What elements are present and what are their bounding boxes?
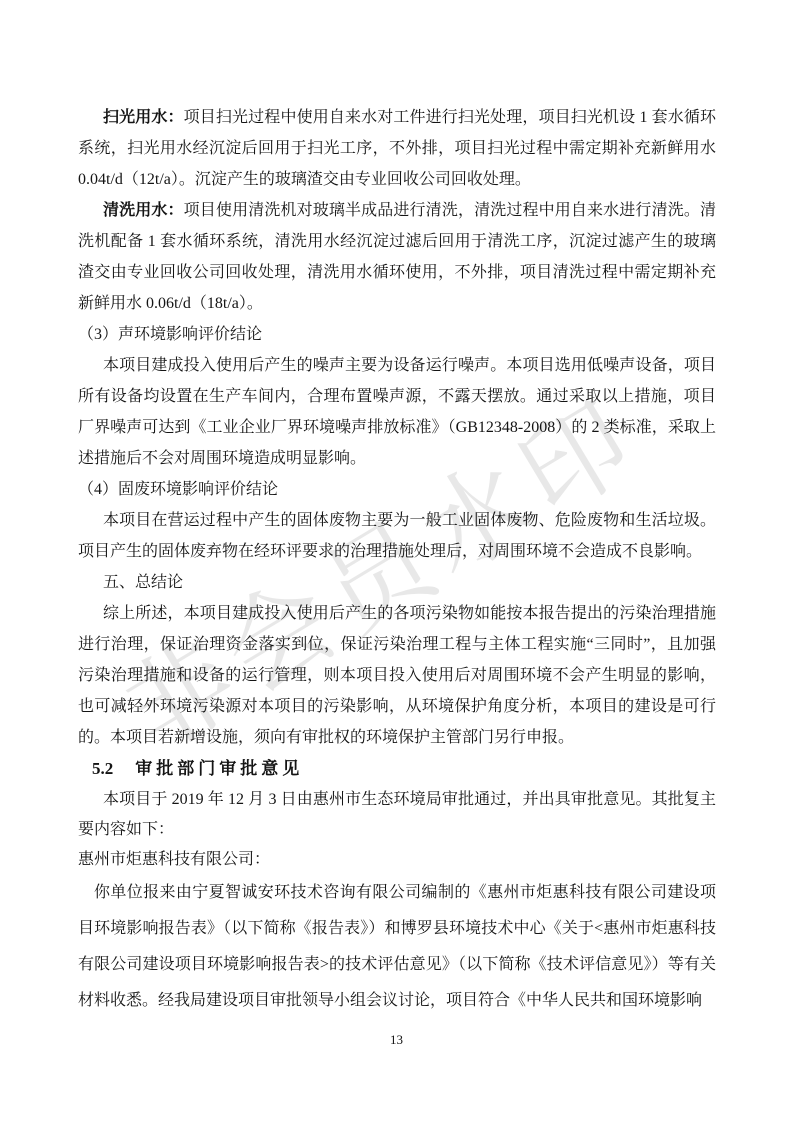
paragraph-noise: 本项目建成投入使用后产生的噪声主要为设备运行噪声。本项目选用低噪声设备，项目所有… <box>78 350 716 474</box>
document-body: 扫光用水：项目扫光过程中使用自来水对工件进行扫光处理，项目扫光机设 1 套水循环… <box>78 102 716 1019</box>
paragraph-solid-waste: 本项目在营运过程中产生的固体废物主要为一般工业固体废物、危险废物和生活垃圾。项目… <box>78 505 716 567</box>
section-number: 5.2 <box>92 753 113 785</box>
paragraph-polishing-water: 扫光用水：项目扫光过程中使用自来水对工件进行扫光处理，项目扫光机设 1 套水循环… <box>78 102 716 195</box>
document-page: 非会员水印 扫光用水：项目扫光过程中使用自来水对工件进行扫光处理，项目扫光机设 … <box>0 0 793 1122</box>
cleaning-water-lead: 清洗用水： <box>103 202 184 219</box>
paragraph-cleaning-water: 清洗用水：项目使用清洗机对玻璃半成品进行清洗，清洗过程中用自来水进行清洗。清洗机… <box>78 195 716 319</box>
paragraph-company-salutation: 惠州市炬惠科技有限公司： <box>78 845 716 875</box>
heading-overall-conclusion: 五、总结论 <box>78 567 716 598</box>
heading-solid-waste-conclusion: （4）固废环境影响评价结论 <box>78 474 716 505</box>
section-title: 审批部门审批意见 <box>135 759 303 778</box>
section-heading-5-2: 5.2审批部门审批意见 <box>78 753 716 785</box>
heading-noise-conclusion: （3）声环境影响评价结论 <box>78 319 716 350</box>
paragraph-approval-reply: 你单位报来由宁夏智诚安环技术咨询有限公司编制的《惠州市炬惠科技有限公司建设项目环… <box>78 875 716 1019</box>
paragraph-overall-conclusion: 综上所述，本项目建成投入使用后产生的各项污染物如能按本报告提出的污染治理措施进行… <box>78 598 716 753</box>
page-number: 13 <box>0 1032 793 1048</box>
paragraph-approval-info: 本项目于 2019 年 12 月 3 日由惠州市生态环境局审批通过，并出具审批意… <box>78 785 716 845</box>
polishing-water-lead: 扫光用水： <box>103 109 184 126</box>
